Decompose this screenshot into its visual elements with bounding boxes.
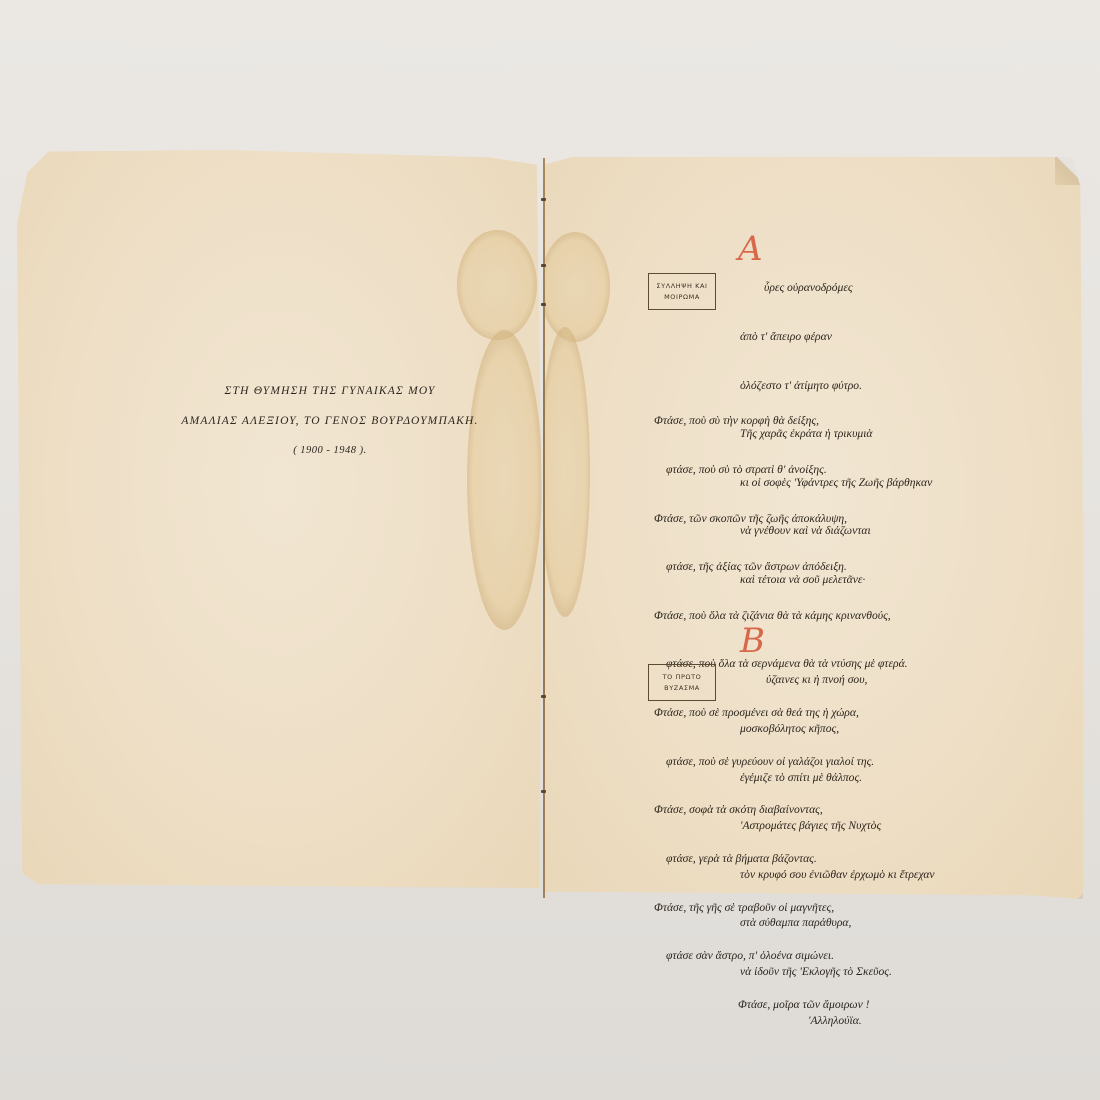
dedication: ΣΤΗ ΘΥΜΗΣΗ ΤΗΣ ΓΥΝΑΙΚΑΣ ΜΟΥ ΑΜΑΛΙΑΣ ΑΛΕΞ…	[130, 385, 530, 474]
verse-line: Φτάσε, ποὺ ὅλα τὰ ζιζάνια θὰ τὰ κάμης κρ…	[654, 608, 908, 624]
verse-line: ύζαινες κι ἡ πνοή σου,	[740, 672, 935, 688]
verse-line: ἀπὸ τ' ἄπειρο φέραν	[740, 329, 932, 345]
verse-line: νὰ ἰδοῦν τῆς 'Εκλογῆς τὸ Σκεῦος.	[740, 964, 935, 980]
verse-line: ὖρες οὐρανοδρόμες	[740, 280, 932, 296]
binding-stitch	[541, 264, 546, 267]
binding-stitch	[541, 695, 546, 698]
verse-line: στὰ σύθαμπα παράθυρα,	[740, 915, 935, 931]
binding-stitch	[541, 790, 546, 793]
verse-line: ἐγέμιζε τὸ σπίτι μὲ θάλπος.	[740, 770, 935, 786]
poem-stanza: ύζαινες κι ἡ πνοή σου, μοσκοβόλητος κῆπο…	[740, 640, 935, 1061]
poem-title-line-2: ΒΥΖΑΣΜΑ	[664, 683, 700, 694]
verse-line: 'Αστρομάτες βάγιες τῆς Νυχτὸς	[740, 818, 935, 834]
verse-line: 'Αλληλούϊα.	[740, 1013, 935, 1029]
poem-title-line-1: ΣΥΛΛΗΨΗ ΚΑΙ	[656, 281, 707, 292]
book-spine	[543, 158, 545, 898]
dedication-line-1: ΣΤΗ ΘΥΜΗΣΗ ΤΗΣ ΓΥΝΑΙΚΑΣ ΜΟΥ	[130, 385, 530, 397]
verse-line: τὸν κρυφό σου ἐνιῶθαν ἐρχωμὸ κι ἔτρεχαν	[740, 867, 935, 883]
binding-stitch	[541, 198, 546, 201]
poem-title-box: ΣΥΛΛΗΨΗ ΚΑΙ ΜΟΙΡΩΜΑ	[648, 273, 716, 310]
water-stain	[540, 232, 610, 342]
verse-line: Φτάσε, τῶν σκοπῶν τῆς ζωῆς ἀποκάλυψη,	[654, 511, 908, 527]
verse-line: φτάσε, τῆς ἀξίας τῶν ἄστρων ἀπόδειξη.	[654, 559, 908, 575]
verse-line: Φτάσε, ποὺ σὺ τὴν κορφὴ θὰ δείξης,	[654, 413, 908, 429]
water-stain	[457, 230, 537, 340]
dedication-line-2: ΑΜΑΛΙΑΣ ΑΛΕΞΙΟΥ, ΤΟ ΓΕΝΟΣ ΒΟΥΡΔΟΥΜΠΑΚΗ.	[130, 415, 530, 427]
folded-corner	[1055, 157, 1083, 185]
verse-line: φτάσε, ποὺ σὺ τὸ στρατὶ θ' ἀνοίξης.	[654, 462, 908, 478]
water-stain	[540, 327, 590, 617]
left-page	[17, 150, 542, 888]
water-stain	[467, 330, 542, 630]
poem-title-line-2: ΜΟΙΡΩΜΑ	[664, 292, 700, 303]
verse-line: μοσκοβόλητος κῆπος,	[740, 721, 935, 737]
poem-title-box: ΤΟ ΠΡΩΤΟ ΒΥΖΑΣΜΑ	[648, 664, 716, 701]
dedication-years: ( 1900 - 1948 ).	[130, 445, 530, 456]
binding-stitch	[541, 303, 546, 306]
poem-title-line-1: ΤΟ ΠΡΩΤΟ	[663, 672, 702, 683]
